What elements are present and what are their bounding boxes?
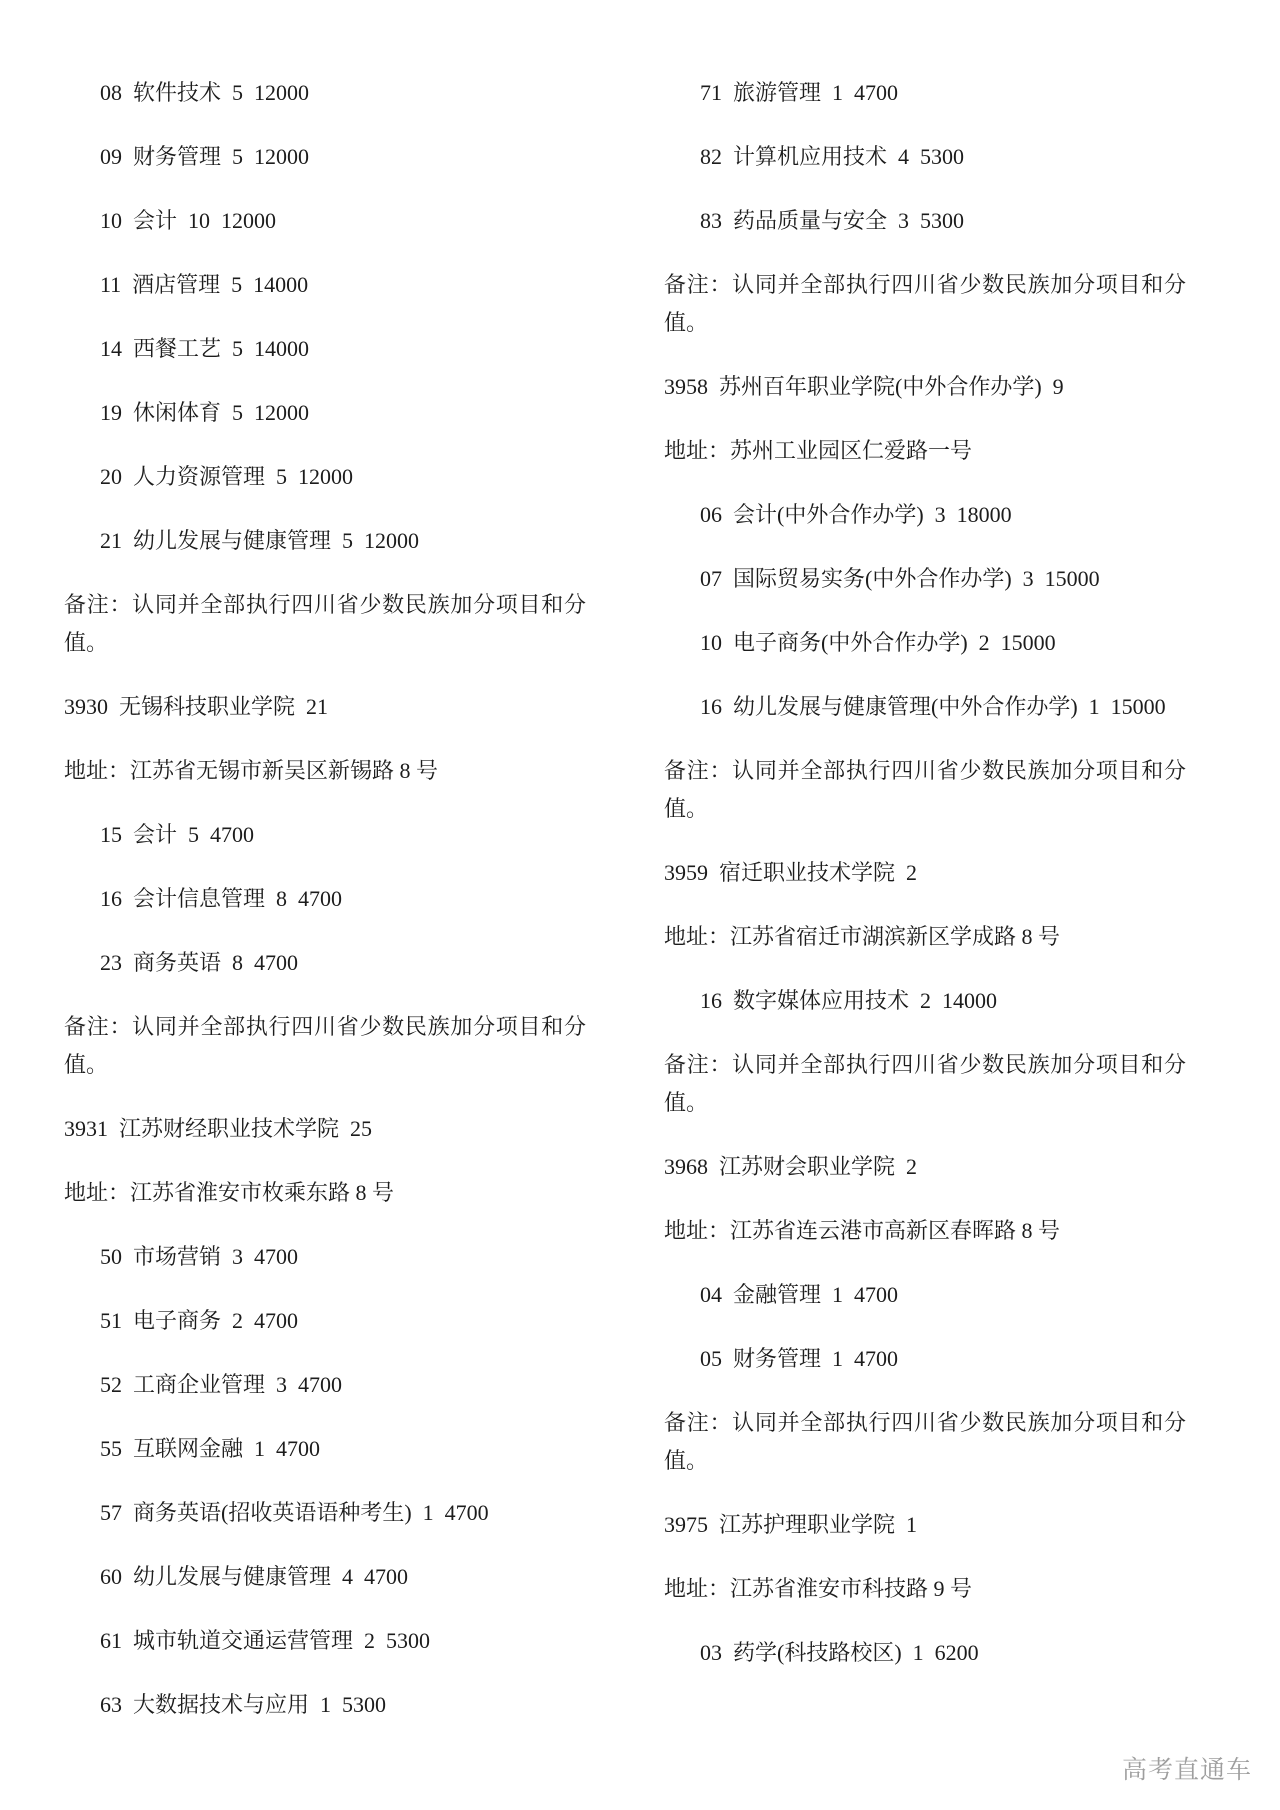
course-line: 10 电子商务(中外合作办学) 2 15000: [664, 624, 1186, 662]
address-line: 地址：江苏省连云港市高新区春晖路 8 号: [664, 1212, 1186, 1250]
course-line: 16 幼儿发展与健康管理(中外合作办学) 1 15000: [664, 688, 1186, 726]
course-line: 57 商务英语(招收英语语种考生) 1 4700: [64, 1494, 586, 1532]
remark-note: 备注：认同并全部执行四川省少数民族加分项目和分值。: [664, 1404, 1186, 1480]
school-header: 3968 江苏财会职业学院 2: [664, 1148, 1186, 1186]
course-line: 20 人力资源管理 5 12000: [64, 458, 586, 496]
right-column: 71 旅游管理 1 470082 计算机应用技术 4 530083 药品质量与安…: [664, 74, 1186, 1698]
course-line: 61 城市轨道交通运营管理 2 5300: [64, 1622, 586, 1660]
document-page: 08 软件技术 5 1200009 财务管理 5 1200010 会计 10 1…: [0, 0, 1280, 1810]
course-line: 09 财务管理 5 12000: [64, 138, 586, 176]
address-line: 地址：江苏省淮安市科技路 9 号: [664, 1570, 1186, 1608]
watermark: 高考直通车: [1122, 1756, 1252, 1786]
course-line: 21 幼儿发展与健康管理 5 12000: [64, 522, 586, 560]
address-line: 地址：苏州工业园区仁爱路一号: [664, 432, 1186, 470]
school-header: 3959 宿迁职业技术学院 2: [664, 854, 1186, 892]
address-line: 地址：江苏省淮安市枚乘东路 8 号: [64, 1174, 586, 1212]
course-line: 71 旅游管理 1 4700: [664, 74, 1186, 112]
course-line: 82 计算机应用技术 4 5300: [664, 138, 1186, 176]
course-line: 55 互联网金融 1 4700: [64, 1430, 586, 1468]
remark-note: 备注：认同并全部执行四川省少数民族加分项目和分值。: [664, 266, 1186, 342]
remark-note: 备注：认同并全部执行四川省少数民族加分项目和分值。: [64, 1008, 586, 1084]
remark-note: 备注：认同并全部执行四川省少数民族加分项目和分值。: [664, 1046, 1186, 1122]
address-line: 地址：江苏省无锡市新吴区新锡路 8 号: [64, 752, 586, 790]
course-line: 51 电子商务 2 4700: [64, 1302, 586, 1340]
course-line: 16 数字媒体应用技术 2 14000: [664, 982, 1186, 1020]
school-header: 3930 无锡科技职业学院 21: [64, 688, 586, 726]
course-line: 10 会计 10 12000: [64, 202, 586, 240]
course-line: 05 财务管理 1 4700: [664, 1340, 1186, 1378]
course-line: 16 会计信息管理 8 4700: [64, 880, 586, 918]
address-line: 地址：江苏省宿迁市湖滨新区学成路 8 号: [664, 918, 1186, 956]
course-line: 08 软件技术 5 12000: [64, 74, 586, 112]
course-line: 60 幼儿发展与健康管理 4 4700: [64, 1558, 586, 1596]
school-header: 3975 江苏护理职业学院 1: [664, 1506, 1186, 1544]
course-line: 04 金融管理 1 4700: [664, 1276, 1186, 1314]
course-line: 19 休闲体育 5 12000: [64, 394, 586, 432]
course-line: 06 会计(中外合作办学) 3 18000: [664, 496, 1186, 534]
school-header: 3958 苏州百年职业学院(中外合作办学) 9: [664, 368, 1186, 406]
course-line: 23 商务英语 8 4700: [64, 944, 586, 982]
course-line: 15 会计 5 4700: [64, 816, 586, 854]
left-column: 08 软件技术 5 1200009 财务管理 5 1200010 会计 10 1…: [64, 74, 586, 1750]
remark-note: 备注：认同并全部执行四川省少数民族加分项目和分值。: [664, 752, 1186, 828]
course-line: 52 工商企业管理 3 4700: [64, 1366, 586, 1404]
course-line: 63 大数据技术与应用 1 5300: [64, 1686, 586, 1724]
course-line: 50 市场营销 3 4700: [64, 1238, 586, 1276]
course-line: 07 国际贸易实务(中外合作办学) 3 15000: [664, 560, 1186, 598]
course-line: 03 药学(科技路校区) 1 6200: [664, 1634, 1186, 1672]
school-header: 3931 江苏财经职业技术学院 25: [64, 1110, 586, 1148]
course-line: 83 药品质量与安全 3 5300: [664, 202, 1186, 240]
course-line: 11 酒店管理 5 14000: [64, 266, 586, 304]
course-line: 14 西餐工艺 5 14000: [64, 330, 586, 368]
remark-note: 备注：认同并全部执行四川省少数民族加分项目和分值。: [64, 586, 586, 662]
